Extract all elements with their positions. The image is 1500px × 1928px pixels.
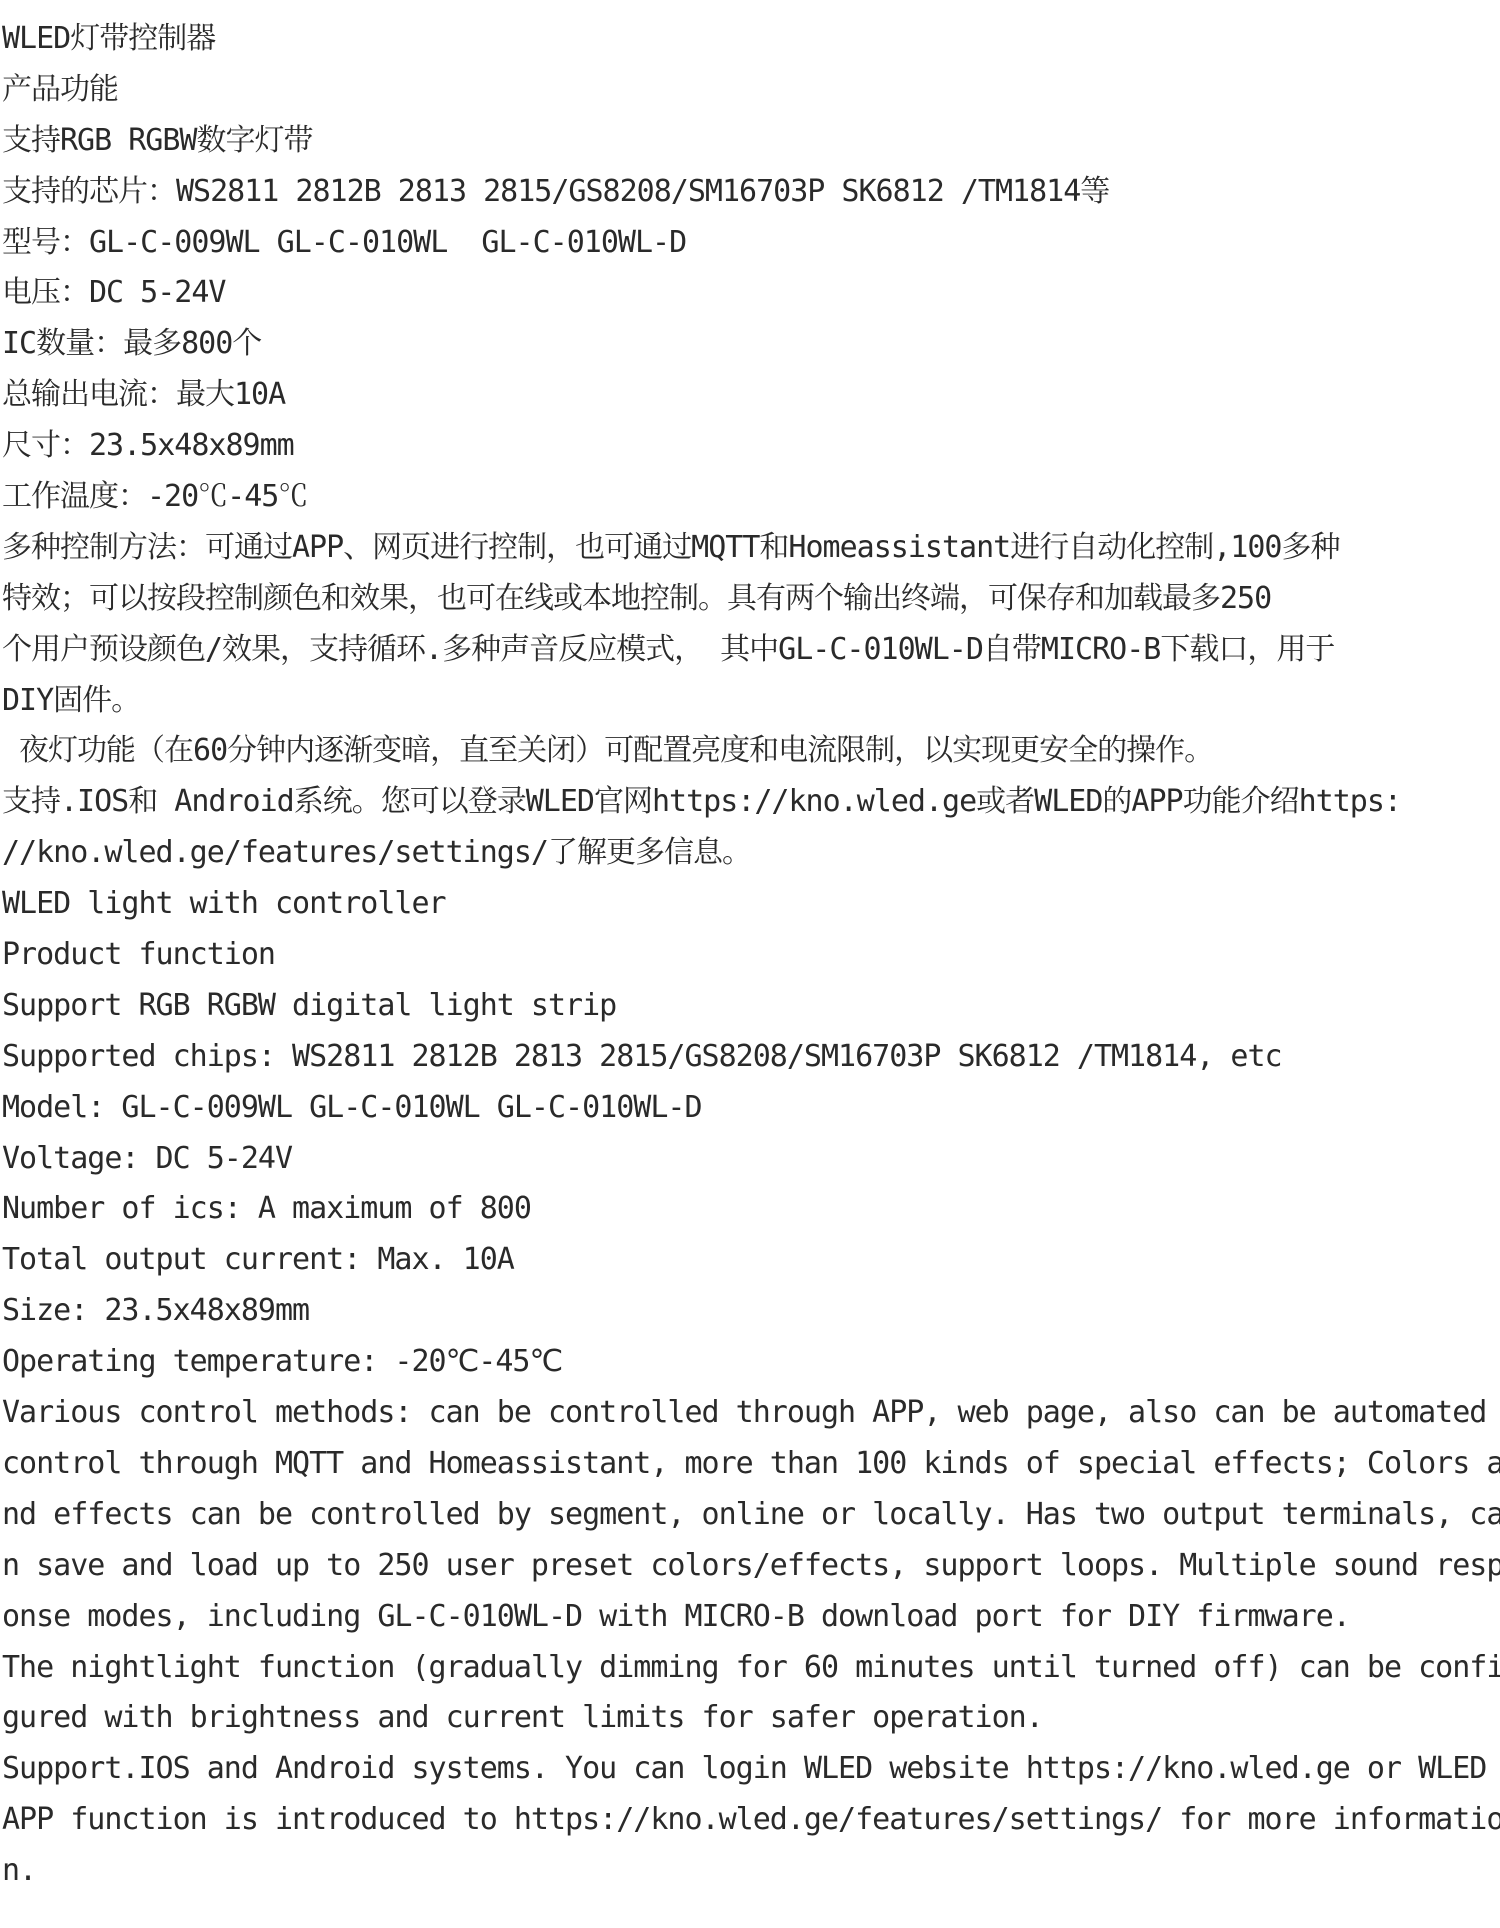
text-line: 电压：DC 5-24V [2,268,1500,319]
text-line: Operating temperature: -20℃-45℃ [2,1337,1500,1388]
text-line: control through MQTT and Homeassistant, … [2,1439,1500,1490]
text-line: WLED灯带控制器 [2,14,1500,65]
text-line: 型号：GL-C-009WL GL-C-010WL GL-C-010WL-D [2,218,1500,269]
text-line: 总输出电流：最大10A [2,370,1500,421]
text-line: //kno.wled.ge/features/settings/了解更多信息。 [2,828,1500,879]
text-line: DIY固件。 [2,676,1500,727]
text-line: Support.IOS and Android systems. You can… [2,1744,1500,1795]
text-line: nd effects can be controlled by segment,… [2,1490,1500,1541]
text-line: Number of ics: A maximum of 800 [2,1184,1500,1235]
text-line: 特效；可以按段控制颜色和效果，也可在线或本地控制。具有两个输出终端，可保存和加载… [2,574,1500,625]
text-line: Supported chips: WS2811 2812B 2813 2815/… [2,1032,1500,1083]
text-line: 夜灯功能（在60分钟内逐渐变暗，直至关闭）可配置亮度和电流限制，以实现更安全的操… [2,726,1500,777]
text-line: Total output current: Max. 10A [2,1235,1500,1286]
text-line: 个用户预设颜色/效果，支持循环.多种声音反应模式， 其中GL-C-010WL-D… [2,625,1500,676]
text-line: WLED light with controller [2,879,1500,930]
text-line: 产品功能 [2,65,1500,116]
text-line: APP function is introduced to https://kn… [2,1795,1500,1846]
text-line: 多种控制方法：可通过APP、网页进行控制，也可通过MQTT和Homeassist… [2,523,1500,574]
text-line: 工作温度：-20℃-45℃ [2,472,1500,523]
text-line: Various control methods: can be controll… [2,1388,1500,1439]
text-line: 支持RGB RGBW数字灯带 [2,116,1500,167]
english-section: WLED light with controllerProduct functi… [2,879,1500,1897]
text-line: Product function [2,930,1500,981]
text-line: 支持.IOS和 Android系统。您可以登录WLED官网https://kno… [2,777,1500,828]
text-line: onse modes, including GL-C-010WL-D with … [2,1592,1500,1643]
text-line: Voltage: DC 5-24V [2,1134,1500,1185]
text-line: The nightlight function (gradually dimmi… [2,1643,1500,1694]
text-line: Size: 23.5x48x89mm [2,1286,1500,1337]
text-line: 支持的芯片：WS2811 2812B 2813 2815/GS8208/SM16… [2,167,1500,218]
product-description-document: WLED灯带控制器产品功能支持RGB RGBW数字灯带支持的芯片：WS2811 … [0,0,1500,1928]
text-line: Support RGB RGBW digital light strip [2,981,1500,1032]
text-line: Model: GL-C-009WL GL-C-010WL GL-C-010WL-… [2,1083,1500,1134]
text-line: n. [2,1846,1500,1897]
chinese-section: WLED灯带控制器产品功能支持RGB RGBW数字灯带支持的芯片：WS2811 … [2,14,1500,879]
text-line: 尺寸：23.5x48x89mm [2,421,1500,472]
text-line: IC数量：最多800个 [2,319,1500,370]
text-line: gured with brightness and current limits… [2,1693,1500,1744]
text-line: n save and load up to 250 user preset co… [2,1541,1500,1592]
